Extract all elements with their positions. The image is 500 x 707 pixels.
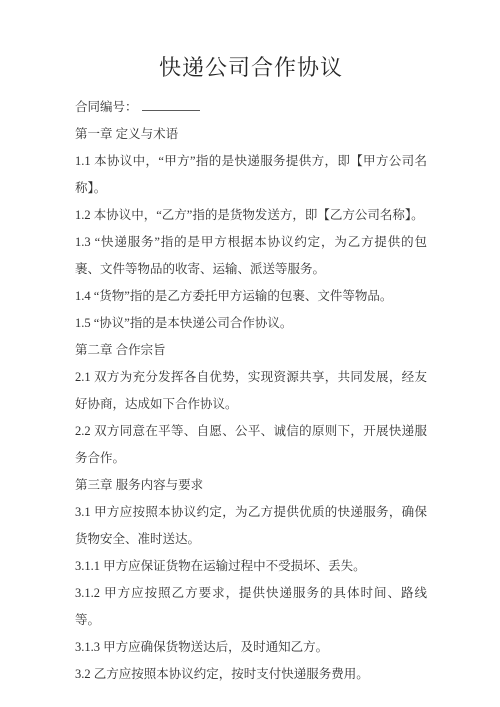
- paragraph: 3.1.2 甲方应按照乙方要求，提供快递服务的具体时间、路线等。: [75, 580, 427, 634]
- contract-number-label: 合同编号：: [75, 100, 138, 114]
- paragraph: 3.2 乙方应按照本协议约定，按时支付快递服务费用。: [75, 661, 427, 688]
- paragraph: 第三章 服务内容与要求: [75, 472, 427, 499]
- contract-number-line: 合同编号：: [75, 94, 427, 121]
- paragraph: 第一章 定义与术语: [75, 121, 427, 148]
- paragraph: 3.1.3 甲方应确保货物送达后，及时通知乙方。: [75, 634, 427, 661]
- paragraph: 1.2 本协议中，“乙方”指的是货物发送方，即【乙方公司名称】。: [75, 202, 427, 229]
- paragraph: 第二章 合作宗旨: [75, 337, 427, 364]
- document-body: 第一章 定义与术语1.1 本协议中，“甲方”指的是快递服务提供方，即【甲方公司名…: [75, 121, 427, 688]
- paragraph: 2.1 双方为充分发挥各自优势，实现资源共享，共同发展，经友好协商，达成如下合作…: [75, 364, 427, 418]
- paragraph: 1.4 “货物”指的是乙方委托甲方运输的包裹、文件等物品。: [75, 283, 427, 310]
- paragraph: 1.3 “快递服务”指的是甲方根据本协议约定，为乙方提供的包裹、文件等物品的收寄…: [75, 229, 427, 283]
- paragraph: 2.2 双方同意在平等、自愿、公平、诚信的原则下，开展快递服务合作。: [75, 418, 427, 472]
- paragraph: 3.1 甲方应按照本协议约定，为乙方提供优质的快递服务，确保货物安全、准时送达。: [75, 499, 427, 553]
- paragraph: 1.1 本协议中，“甲方”指的是快递服务提供方，即【甲方公司名称】。: [75, 148, 427, 202]
- document-title: 快递公司合作协议: [75, 50, 427, 86]
- contract-number-blank: [142, 98, 200, 111]
- document-page: 快递公司合作协议 合同编号： 第一章 定义与术语1.1 本协议中，“甲方”指的是…: [0, 0, 500, 707]
- paragraph: 1.5 “协议”指的是本快递公司合作协议。: [75, 310, 427, 337]
- paragraph: 3.1.1 甲方应保证货物在运输过程中不受损坏、丢失。: [75, 553, 427, 580]
